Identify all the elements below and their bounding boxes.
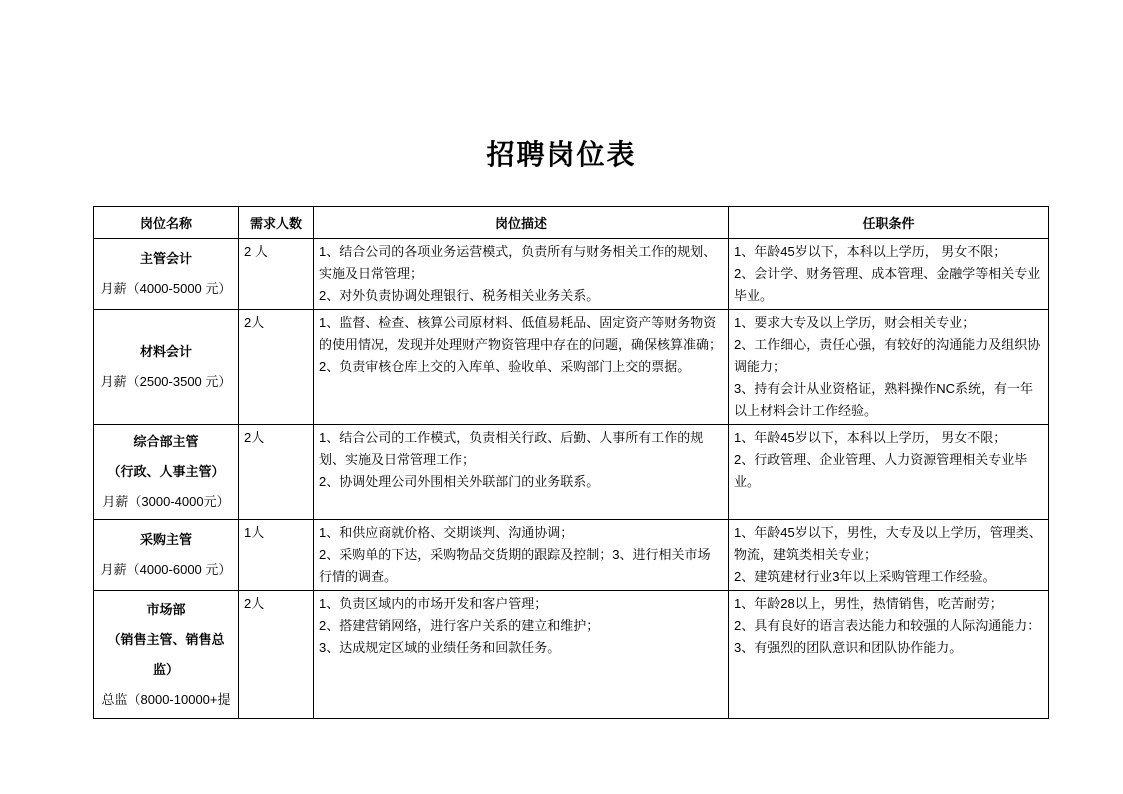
requirement-item: 3、有强烈的团队意识和团队协作能力。 <box>734 637 1043 659</box>
position-cell: 主管会计月薪（4000-5000 元） <box>94 239 239 310</box>
description-item: 2、采购单的下达，采购物品交货期的跟踪及控制；3、进行相关市场行情的调查。 <box>319 544 723 588</box>
description-item: 1、负责区域内的市场开发和客户管理； <box>319 593 723 615</box>
position-salary: 月薪（4000-5000 元） <box>98 274 234 304</box>
description-item: 2、搭建营销网络，进行客户关系的建立和维护； <box>319 615 723 637</box>
position-cell: 材料会计月薪（2500-3500 元） <box>94 310 239 425</box>
description-cell: 1、和供应商就价格、交期谈判、沟通协调；2、采购单的下达，采购物品交货期的跟踪及… <box>314 520 729 591</box>
header-description: 岗位描述 <box>314 207 729 239</box>
position-title: 材料会计 <box>98 337 234 367</box>
description-item: 1、监督、检查、核算公司原材料、低值易耗品、固定资产等财务物资的使用情况，发现并… <box>319 312 723 356</box>
position-title: 主管会计 <box>98 244 234 274</box>
position-title: 综合部主管 <box>98 427 234 457</box>
description-cell: 1、结合公司的工作模式，负责相关行政、后勤、人事所有工作的规划、实施及日常管理工… <box>314 425 729 520</box>
position-title: 市场部 <box>98 595 234 625</box>
position-salary: 总监（8000-10000+提 <box>98 685 234 715</box>
requirement-item: 2、建筑建材行业3年以上采购管理工作经验。 <box>734 566 1043 588</box>
description-item: 2、协调处理公司外围相关外联部门的业务联系。 <box>319 471 723 493</box>
requirement-item: 3、持有会计从业资格证，熟料操作NC系统，有一年以上材料会计工作经验。 <box>734 378 1043 422</box>
description-cell: 1、负责区域内的市场开发和客户管理；2、搭建营销网络，进行客户关系的建立和维护；… <box>314 591 729 719</box>
header-position-name: 岗位名称 <box>94 207 239 239</box>
position-title: （销售主管、销售总监） <box>98 625 234 685</box>
position-salary: 月薪（3000-4000元） <box>98 487 234 517</box>
description-item: 2、对外负责协调处理银行、税务相关业务关系。 <box>319 285 723 307</box>
requirement-item: 2、行政管理、企业管理、人力资源管理相关专业毕业。 <box>734 449 1043 493</box>
requirement-item: 1、年龄28以上，男性，热情销售，吃苦耐劳； <box>734 593 1043 615</box>
table-row: 市场部（销售主管、销售总监）总监（8000-10000+提2人1、负责区域内的市… <box>94 591 1049 719</box>
requirements-cell: 1、年龄45岁以下，男性，大专及以上学历，管理类、物流，建筑类相关专业；2、建筑… <box>729 520 1049 591</box>
recruitment-table: 岗位名称 需求人数 岗位描述 任职条件 主管会计月薪（4000-5000 元）2… <box>93 206 1049 719</box>
requirement-item: 1、要求大专及以上学历，财会相关专业； <box>734 312 1043 334</box>
headcount-cell: 2人 <box>239 425 314 520</box>
header-headcount: 需求人数 <box>239 207 314 239</box>
description-cell: 1、结合公司的各项业务运营模式，负责所有与财务相关工作的规划、实施及日常管理；2… <box>314 239 729 310</box>
requirements-cell: 1、年龄28以上，男性，热情销售，吃苦耐劳；2、具有良好的语言表达能力和较强的人… <box>729 591 1049 719</box>
position-cell: 采购主管月薪（4000-6000 元） <box>94 520 239 591</box>
requirement-item: 2、工作细心，责任心强，有较好的沟通能力及组织协调能力； <box>734 334 1043 378</box>
requirements-cell: 1、要求大专及以上学历，财会相关专业；2、工作细心，责任心强，有较好的沟通能力及… <box>729 310 1049 425</box>
table-row: 主管会计月薪（4000-5000 元）2 人1、结合公司的各项业务运营模式，负责… <box>94 239 1049 310</box>
position-title: 采购主管 <box>98 525 234 555</box>
description-item: 3、达成规定区域的业绩任务和回款任务。 <box>319 637 723 659</box>
requirement-item: 1、年龄45岁以下，男性，大专及以上学历，管理类、物流，建筑类相关专业； <box>734 522 1043 566</box>
headcount-cell: 1人 <box>239 520 314 591</box>
requirement-item: 1、年龄45岁以下，本科以上学历， 男女不限； <box>734 241 1043 263</box>
position-cell: 综合部主管（行政、人事主管）月薪（3000-4000元） <box>94 425 239 520</box>
table-body: 主管会计月薪（4000-5000 元）2 人1、结合公司的各项业务运营模式，负责… <box>94 239 1049 719</box>
description-item: 1、结合公司的各项业务运营模式，负责所有与财务相关工作的规划、实施及日常管理； <box>319 241 723 285</box>
header-row: 岗位名称 需求人数 岗位描述 任职条件 <box>94 207 1049 239</box>
position-salary: 月薪（2500-3500 元） <box>98 367 234 397</box>
description-item: 1、和供应商就价格、交期谈判、沟通协调； <box>319 522 723 544</box>
requirement-item: 1、年龄45岁以下，本科以上学历， 男女不限； <box>734 427 1043 449</box>
table-row: 材料会计月薪（2500-3500 元）2人1、监督、检查、核算公司原材料、低值易… <box>94 310 1049 425</box>
table-row: 采购主管月薪（4000-6000 元）1人1、和供应商就价格、交期谈判、沟通协调… <box>94 520 1049 591</box>
page-title: 招聘岗位表 <box>0 138 1123 172</box>
description-cell: 1、监督、检查、核算公司原材料、低值易耗品、固定资产等财务物资的使用情况，发现并… <box>314 310 729 425</box>
table-row: 综合部主管（行政、人事主管）月薪（3000-4000元）2人1、结合公司的工作模… <box>94 425 1049 520</box>
headcount-cell: 2人 <box>239 310 314 425</box>
requirement-item: 2、具有良好的语言表达能力和较强的人际沟通能力： <box>734 615 1043 637</box>
requirements-cell: 1、年龄45岁以下，本科以上学历， 男女不限；2、行政管理、企业管理、人力资源管… <box>729 425 1049 520</box>
header-requirements: 任职条件 <box>729 207 1049 239</box>
requirement-item: 2、会计学、财务管理、成本管理、金融学等相关专业毕业。 <box>734 263 1043 307</box>
position-cell: 市场部（销售主管、销售总监）总监（8000-10000+提 <box>94 591 239 719</box>
description-item: 2、负责审核仓库上交的入库单、验收单、采购部门上交的票据。 <box>319 356 723 378</box>
position-title: （行政、人事主管） <box>98 457 234 487</box>
headcount-cell: 2人 <box>239 591 314 719</box>
headcount-cell: 2 人 <box>239 239 314 310</box>
description-item: 1、结合公司的工作模式，负责相关行政、后勤、人事所有工作的规划、实施及日常管理工… <box>319 427 723 471</box>
position-salary: 月薪（4000-6000 元） <box>98 555 234 585</box>
requirements-cell: 1、年龄45岁以下，本科以上学历， 男女不限；2、会计学、财务管理、成本管理、金… <box>729 239 1049 310</box>
